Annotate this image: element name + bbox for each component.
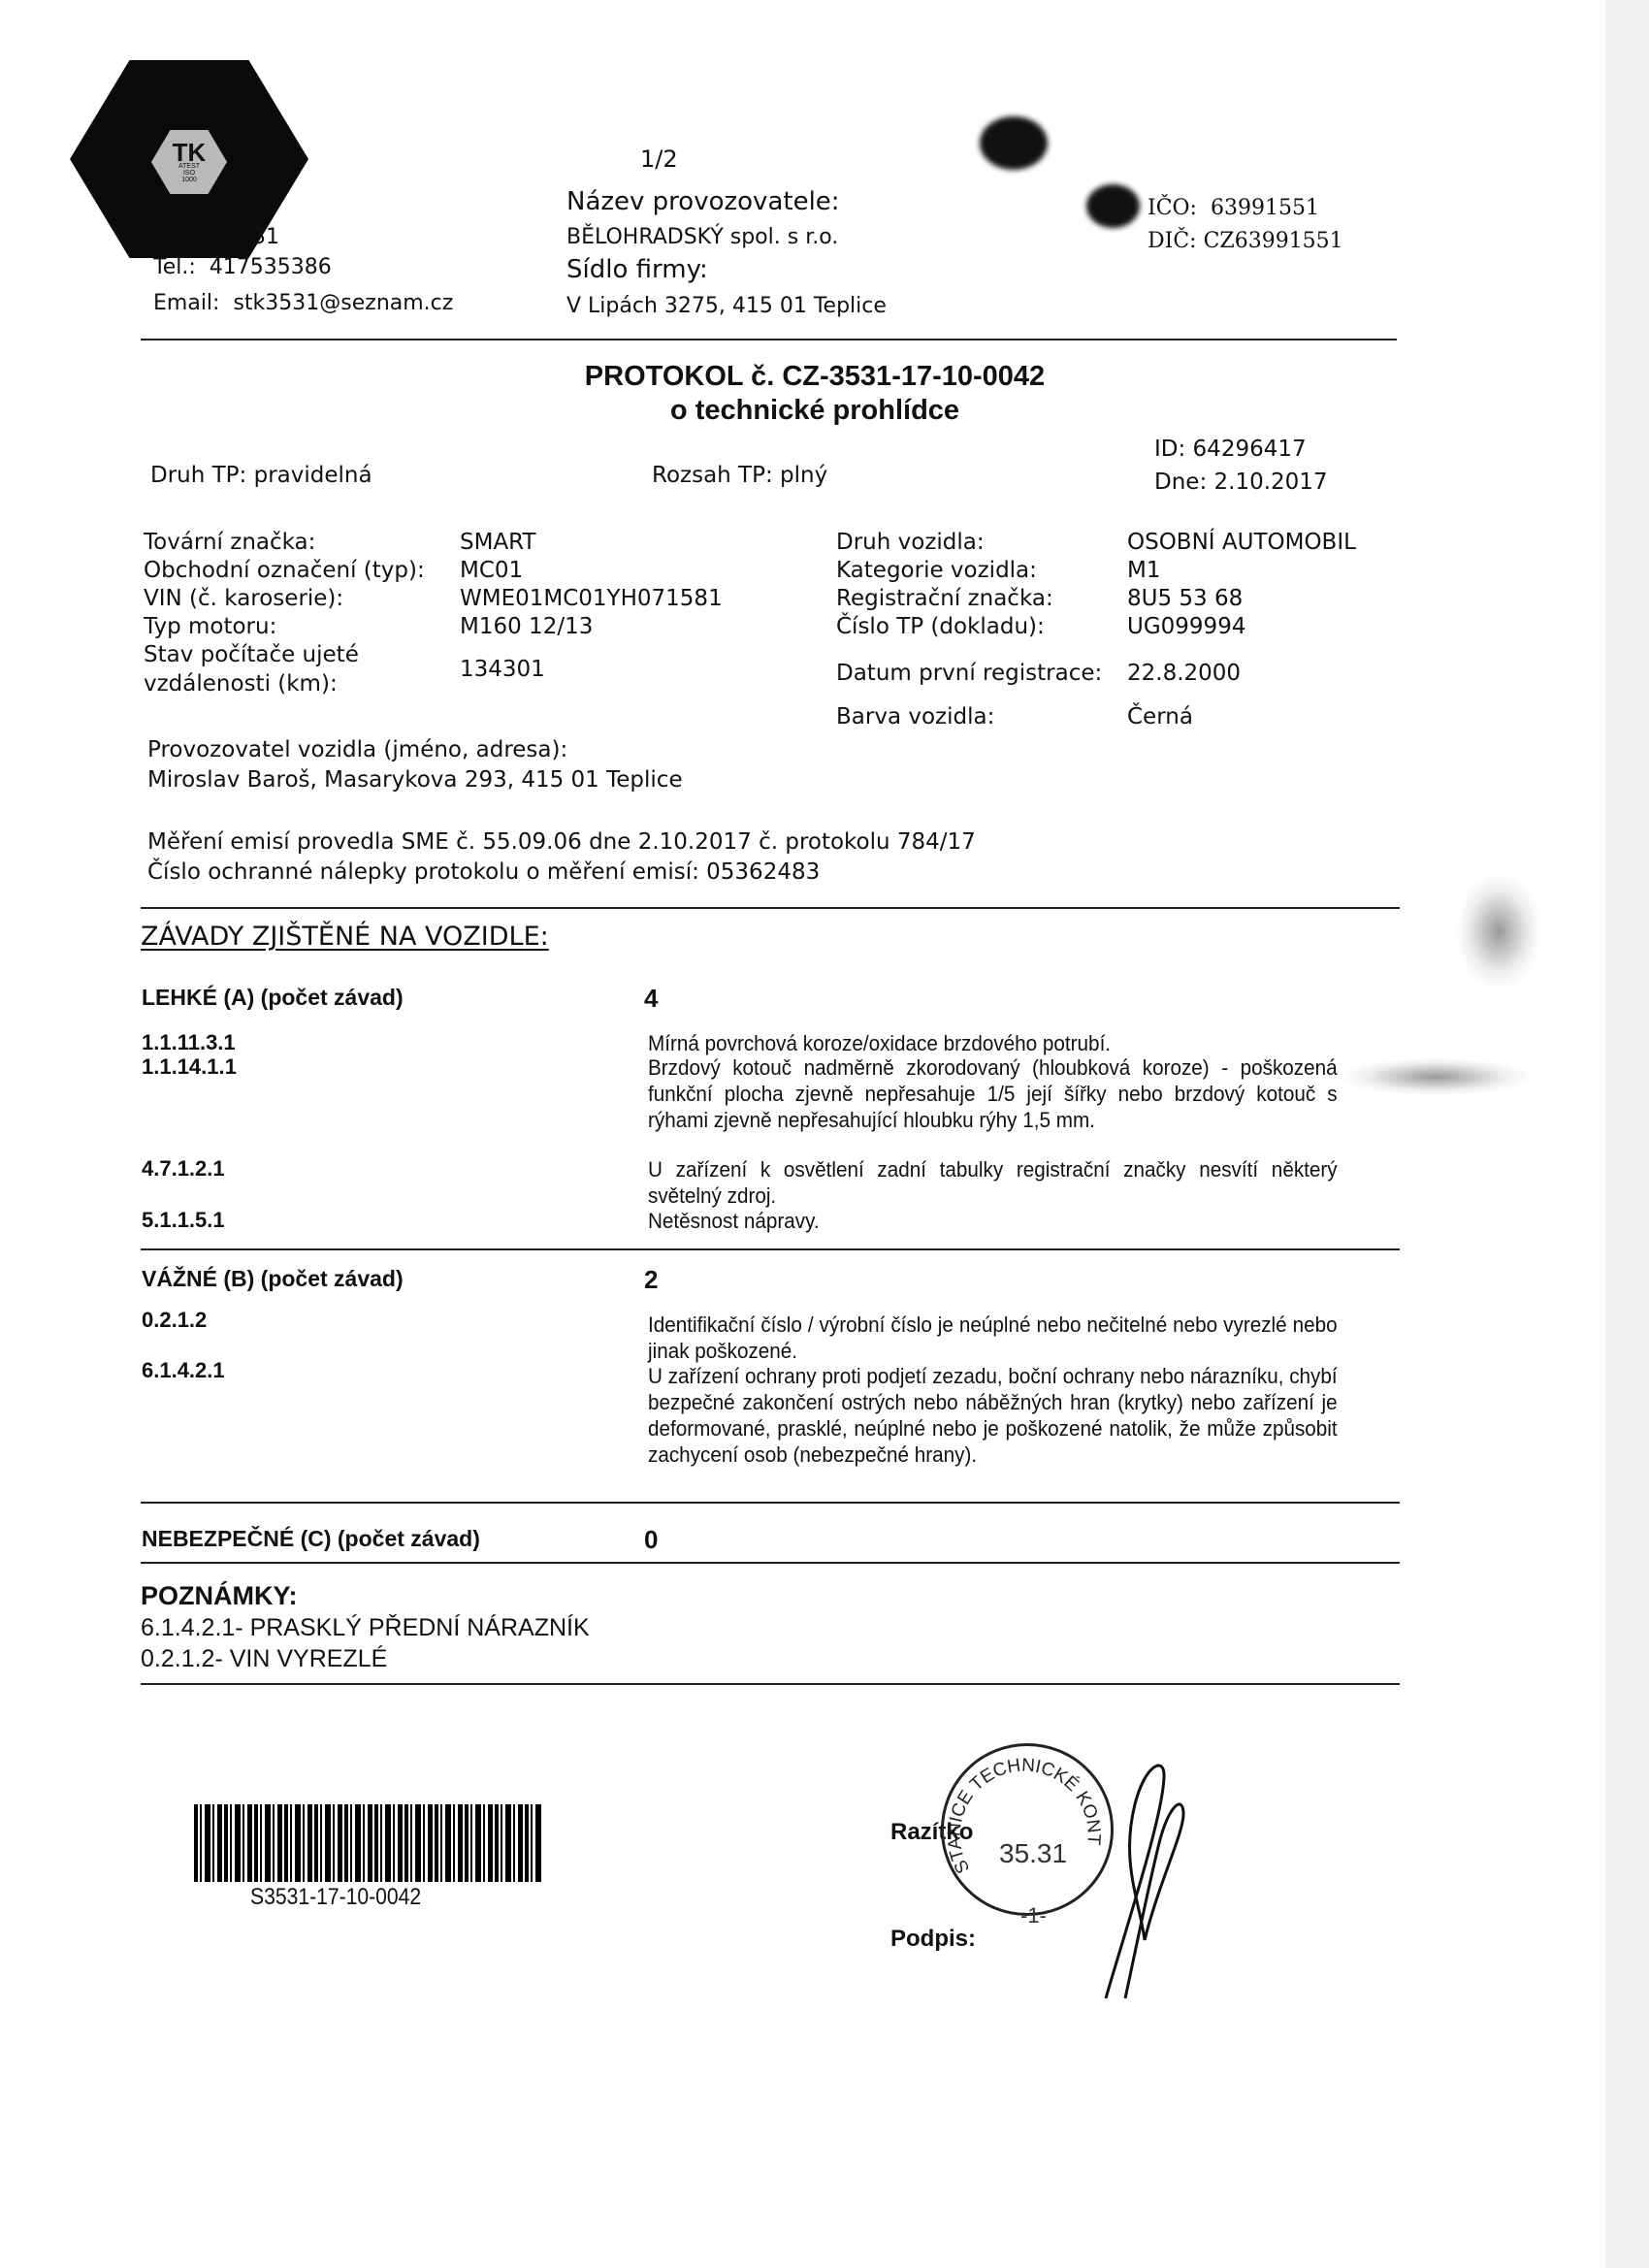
ink-smudge xyxy=(1086,184,1140,228)
light-defects-count: 4 xyxy=(644,984,658,1014)
stamp-number: 35.31 xyxy=(999,1838,1067,1869)
engine-type-label: Typ motoru: xyxy=(144,614,276,639)
signature-label: Podpis: xyxy=(890,1926,976,1953)
vin-label: VIN (č. karoserie): xyxy=(144,586,343,611)
dangerous-defects-count: 0 xyxy=(644,1525,658,1555)
serious-defects-count: 2 xyxy=(644,1265,658,1295)
scan-noise xyxy=(1455,873,1542,989)
station-email: Email: stk3531@seznam.cz xyxy=(153,291,453,315)
barcode-text: S3531-17-10-0042 xyxy=(250,1884,421,1911)
logo-atest-text: ATEST xyxy=(178,163,200,170)
defect-description: Brzdový kotouč nadměrně zkorodovaný (hlo… xyxy=(648,1054,1338,1133)
protocol-id: ID: 64296417 xyxy=(1154,437,1307,462)
first-registration-value: 22.8.2000 xyxy=(1127,661,1241,686)
defect-code: 6.1.4.2.1 xyxy=(142,1358,225,1383)
vehicle-kind-label: Druh vozidla: xyxy=(836,530,985,555)
page-number: 1/2 xyxy=(640,146,678,173)
seat-label: Sídlo firmy: xyxy=(566,255,708,284)
email-value: stk3531@seznam.cz xyxy=(233,291,453,315)
protocol-date: Dne: 2.10.2017 xyxy=(1154,470,1328,495)
header-divider xyxy=(141,339,1397,340)
divider xyxy=(141,1562,1400,1564)
serious-defects-label: VÁŽNÉ (B) (počet závad) xyxy=(142,1266,404,1292)
protocol-barcode xyxy=(194,1804,543,1882)
dangerous-defects-label: NEBEZPEČNÉ (C) (počet závad) xyxy=(142,1526,480,1552)
defect-code: 5.1.1.5.1 xyxy=(142,1208,225,1233)
owner-label: Provozovatel vozidla (jméno, adresa): xyxy=(147,737,567,762)
operator-label: Název provozovatele: xyxy=(566,187,840,216)
defect-code: 1.1.14.1.1 xyxy=(142,1054,237,1080)
vehicle-category-label: Kategorie vozidla: xyxy=(836,558,1037,583)
notes-heading: POZNÁMKY: xyxy=(141,1581,298,1611)
divider xyxy=(141,907,1400,909)
brand-label: Tovární značka: xyxy=(144,530,315,555)
defect-description: U zařízení k osvětlení zadní tabulky reg… xyxy=(648,1156,1338,1209)
odometer-label-line1: Stav počítače ujeté xyxy=(144,642,359,667)
odometer-value: 134301 xyxy=(460,657,545,682)
ico-value: 63991551 xyxy=(1211,196,1319,220)
dic-field: DIČ: CZ63991551 xyxy=(1148,229,1343,253)
defect-description: Mírná povrchová koroze/oxidace brzdového… xyxy=(648,1030,1338,1056)
defect-code: 4.7.1.2.1 xyxy=(142,1156,225,1182)
inspection-type: Druh TP: pravidelná xyxy=(150,463,372,488)
phone-value: 417535386 xyxy=(210,255,332,279)
defect-code: 0.2.1.2 xyxy=(142,1308,207,1333)
divider xyxy=(141,1248,1400,1250)
scan-page-edge xyxy=(1605,0,1649,2268)
light-defects-label: LEHKÉ (A) (počet závad) xyxy=(142,985,404,1011)
note-line: 0.2.1.2- VIN VYREZLÉ xyxy=(141,1645,387,1673)
tp-number-value: UG099994 xyxy=(1127,614,1245,639)
vehicle-color-value: Černá xyxy=(1127,704,1193,729)
protocol-title: PROTOKOL č. CZ-3531-17-10-0042 xyxy=(0,361,1639,393)
brand-value: SMART xyxy=(460,530,536,555)
operator-name: BĚLOHRADSKÝ spol. s r.o. xyxy=(566,225,838,249)
trade-name-label: Obchodní označení (typ): xyxy=(144,558,425,583)
vehicle-kind-value: OSOBNÍ AUTOMOBIL xyxy=(1127,530,1356,555)
vehicle-category-value: M1 xyxy=(1127,558,1160,583)
tp-number-label: Číslo TP (dokladu): xyxy=(836,614,1045,639)
ink-smudge xyxy=(980,116,1048,170)
seat-address: V Lipách 3275, 415 01 Teplice xyxy=(566,294,887,318)
station-number-partial: 31 xyxy=(252,225,279,249)
logo-tk-text: TK xyxy=(173,142,207,163)
logo-year-text: 1000 xyxy=(181,177,197,183)
logo-iso-text: ISO xyxy=(183,170,195,177)
scan-noise xyxy=(1339,1057,1533,1096)
email-label: Email: xyxy=(153,291,219,315)
emissions-measurement: Měření emisí provedla SME č. 55.09.06 dn… xyxy=(147,829,976,855)
odometer-label-line2: vzdálenosti (km): xyxy=(144,671,338,697)
station-phone: Tel.: 417535386 xyxy=(153,255,332,279)
defect-description: U zařízení ochrany proti podjetí zezadu,… xyxy=(648,1363,1338,1468)
vin-value: WME01MC01YH071581 xyxy=(460,586,723,611)
registration-plate-value: 8U5 53 68 xyxy=(1127,586,1243,611)
stamp-sub: -1- xyxy=(1020,1903,1047,1928)
dic-value: CZ63991551 xyxy=(1204,229,1343,253)
defect-description: Netěsnost nápravy. xyxy=(648,1208,1338,1234)
defect-description: Identifikační číslo / výrobní číslo je n… xyxy=(648,1312,1338,1364)
first-registration-label: Datum první registrace: xyxy=(836,661,1102,686)
inspection-scope: Rozsah TP: plný xyxy=(652,463,827,488)
emissions-sticker-number: Číslo ochranné nálepky protokolu o měřen… xyxy=(147,859,820,885)
defect-code: 1.1.11.3.1 xyxy=(142,1030,236,1055)
divider xyxy=(141,1502,1400,1504)
owner-value: Miroslav Baroš, Masarykova 293, 415 01 T… xyxy=(147,767,683,793)
divider xyxy=(141,1683,1400,1685)
handwritten-signature-icon xyxy=(1067,1756,1193,2018)
protocol-subtitle: o technické prohlídce xyxy=(0,395,1639,427)
note-line: 6.1.4.2.1- PRASKLÝ PŘEDNÍ NÁRAZNÍK xyxy=(141,1614,590,1642)
trade-name-value: MC01 xyxy=(460,558,523,583)
vehicle-color-label: Barva vozidla: xyxy=(836,704,994,729)
registration-plate-label: Registrační značka: xyxy=(836,586,1053,611)
dic-label: DIČ: xyxy=(1148,229,1197,253)
engine-type-value: M160 12/13 xyxy=(460,614,593,639)
defects-heading: ZÁVADY ZJIŠTĚNÉ NA VOZIDLE: xyxy=(141,922,549,952)
ico-label: IČO: xyxy=(1148,196,1197,220)
ico-field: IČO: 63991551 xyxy=(1148,196,1319,220)
phone-label: Tel.: xyxy=(153,255,196,279)
